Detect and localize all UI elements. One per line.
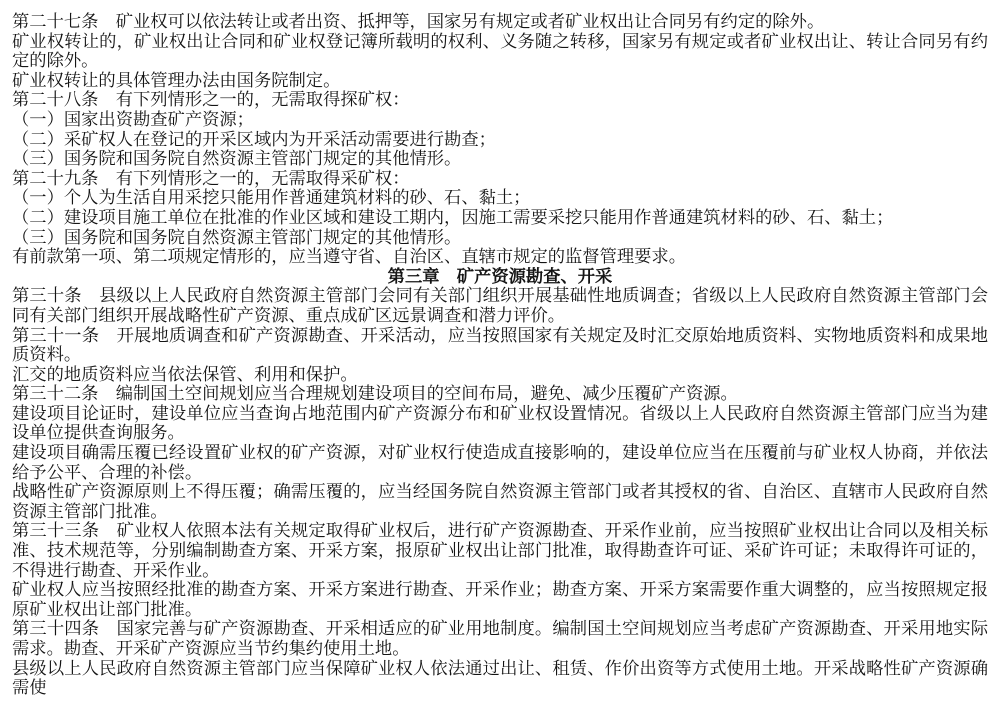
- law-paragraph: （一）国家出资勘查矿产资源；: [12, 110, 988, 130]
- law-paragraph: 有前款第一项、第二项规定情形的，应当遵守省、自治区、直辖市规定的监督管理要求。: [12, 247, 988, 267]
- law-paragraph: 第三十一条 开展地质调查和矿产资源勘查、开采活动，应当按照国家有关规定及时汇交原…: [12, 326, 988, 365]
- law-paragraph: 第二十九条 有下列情形之一的，无需取得采矿权：: [12, 169, 988, 189]
- document-body: 第二十七条 矿业权可以依法转让或者出资、抵押等，国家另有规定或者矿业权出让合同另…: [12, 12, 988, 698]
- law-paragraph: （三）国务院和国务院自然资源主管部门规定的其他情形。: [12, 149, 988, 169]
- law-paragraph: 第三十条 县级以上人民政府自然资源主管部门会同有关部门组织开展基础性地质调查；省…: [12, 286, 988, 325]
- chapter-heading: 第三章 矿产资源勘查、开采: [12, 267, 988, 287]
- law-paragraph: 第二十七条 矿业权可以依法转让或者出资、抵押等，国家另有规定或者矿业权出让合同另…: [12, 12, 988, 32]
- law-paragraph: 第三十三条 矿业权人依照本法有关规定取得矿业权后，进行矿产资源勘查、开采作业前，…: [12, 521, 988, 580]
- law-paragraph: 汇交的地质资料应当依法保管、利用和保护。: [12, 365, 988, 385]
- document-page: 第二十七条 矿业权可以依法转让或者出资、抵押等，国家另有规定或者矿业权出让合同另…: [0, 0, 1000, 706]
- law-paragraph: 县级以上人民政府自然资源主管部门应当保障矿业权人依法通过出让、租赁、作价出资等方…: [12, 659, 988, 698]
- law-paragraph: 建设项目论证时，建设单位应当查询占地范围内矿产资源分布和矿业权设置情况。省级以上…: [12, 404, 988, 443]
- law-paragraph: 第三十四条 国家完善与矿产资源勘查、开采相适应的矿业用地制度。编制国土空间规划应…: [12, 619, 988, 658]
- law-paragraph: 矿业权转让的具体管理办法由国务院制定。: [12, 71, 988, 91]
- law-paragraph: （二）建设项目施工单位在批准的作业区域和建设工期内，因施工需要采挖只能用作普通建…: [12, 208, 988, 228]
- law-paragraph: 第二十八条 有下列情形之一的，无需取得探矿权：: [12, 90, 988, 110]
- law-paragraph: （二）采矿权人在登记的开采区域内为开采活动需要进行勘查；: [12, 130, 988, 150]
- law-paragraph: 战略性矿产资源原则上不得压覆；确需压覆的，应当经国务院自然资源主管部门或者其授权…: [12, 482, 988, 521]
- law-paragraph: 第三十二条 编制国土空间规划应当合理规划建设项目的空间布局，避免、减少压覆矿产资…: [12, 384, 988, 404]
- law-paragraph: 建设项目确需压覆已经设置矿业权的矿产资源，对矿业权行使造成直接影响的，建设单位应…: [12, 443, 988, 482]
- law-paragraph: （三）国务院和国务院自然资源主管部门规定的其他情形。: [12, 228, 988, 248]
- law-paragraph: （一）个人为生活自用采挖只能用作普通建筑材料的砂、石、黏土；: [12, 188, 988, 208]
- law-paragraph: 矿业权人应当按照经批准的勘查方案、开采方案进行勘查、开采作业；勘查方案、开采方案…: [12, 580, 988, 619]
- law-paragraph: 矿业权转让的，矿业权出让合同和矿业权登记簿所载明的权利、义务随之转移，国家另有规…: [12, 32, 988, 71]
